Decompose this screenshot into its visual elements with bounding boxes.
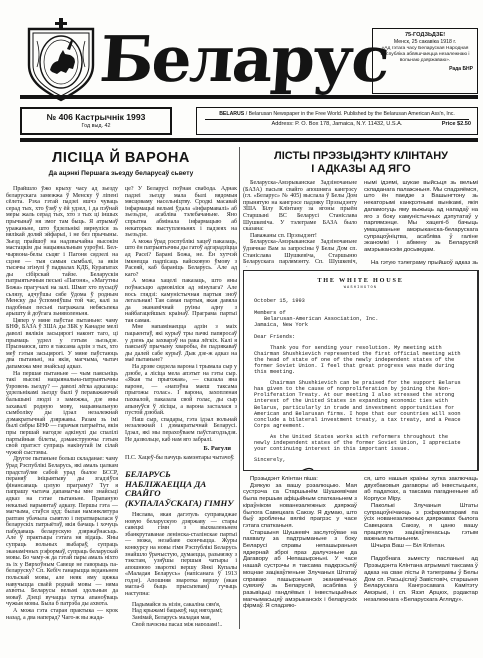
paragraph xyxy=(364,550,478,557)
left-article-headline: ЛІСІЦА Й ВАРОНА xyxy=(5,150,237,166)
pahonia-coat-of-arms-icon xyxy=(21,17,101,103)
paragraph: На дрэве сядзела варона і трымала сыр у … xyxy=(125,364,237,417)
address-line: Address: P. O. Box 178, Jamaica, N.Y. 11… xyxy=(197,120,477,129)
paragraph: Беларуска-Амэрыканскае Задзіночаньне ўдз… xyxy=(243,239,357,267)
publisher-line: BELARUS / Belarusan Newspaper in the Fre… xyxy=(197,108,477,118)
translation-column-1: Прэзыдэнт Клінтан піша:Дзякую за вашу рэ… xyxy=(243,476,357,634)
right-article: ЛІСТЫ ПРЭЗЫДЭНТУ КЛІНТАНУ І АДКАЗЫ АД ЯГ… xyxy=(243,150,479,634)
paragraph: Старшыня Шушкевіч заслугоўвае на пахвалу… xyxy=(243,530,357,610)
paragraph: Беларуска-Амэрыканскае Задзіночаньне (БА… xyxy=(243,180,357,233)
paragraph: Паколькі Злучаныя Штаты супрацоўнічаюць … xyxy=(364,503,478,543)
publisher-text: / Belarusan Newspaper in the Free World.… xyxy=(244,111,455,117)
stanza-line: Свой пачэсны пасад між народамі!.. xyxy=(132,622,237,626)
infobar-rule xyxy=(20,138,478,142)
paragraph: Падобнага зьместу пасланьні ад Прэзыдэнт… xyxy=(364,556,478,603)
anniversary-attribution: Рада БНР xyxy=(377,66,473,72)
right-article-headline-line2: І АДКАЗЫ АД ЯГО xyxy=(243,163,479,176)
issue-year: Год выд. 42 xyxy=(22,122,170,130)
left-article-column-2-text: це? У Беларусі поўная свабода. Аднак пад… xyxy=(125,186,237,443)
letterhead-city: WASHINGTON xyxy=(254,285,467,291)
hymn-article-headline: БЕЛАРУСЬ НАБЛІЖАЕЦЦА ДА СВАЙГО (КУПАЛАЎС… xyxy=(125,470,237,509)
paragraph: ся, што нашыя краіны хутка заключаць дву… xyxy=(364,476,478,503)
intro-column-1: Беларуска-Амэрыканскае Задзіночаньне (БА… xyxy=(243,180,357,267)
paragraph: Другое пытаньне больш складанае: чаму ўр… xyxy=(6,456,118,608)
paragraph: це? У Беларусі поўная свабода. Аднак пад… xyxy=(125,186,237,239)
paragraph: На першае пытаньне — чым паясьніць такі … xyxy=(6,371,118,457)
paragraph: А можа хацелі паказаць, што яны поўнасьц… xyxy=(125,278,237,324)
author-signature: Б. Рагуля xyxy=(125,445,231,453)
left-article-column-1: Прайшло ўжо крыху часу ад зьезду беларус… xyxy=(6,186,118,626)
paragraph: На гэтую тэлеграму прыйшоў адказ зь Бела… xyxy=(364,260,478,267)
paragraph: Chairman Shushkievich can be praised for… xyxy=(254,380,467,429)
letter-body: Thank you for sending your resolution. M… xyxy=(254,345,467,453)
paragraph: Thank you for sending your resolution. M… xyxy=(254,345,467,375)
anniversary-quote: «Ад гэтага часу Беларуская Народная Рэсп… xyxy=(377,46,473,65)
letter-recipient: Members ofBelarusan-American Association… xyxy=(254,310,467,328)
paragraph: Прэзыдэнт Клінтан піша: xyxy=(243,476,357,483)
paragraph: Прайшло ўжо крыху часу ад зьезду беларус… xyxy=(6,186,118,318)
issue-box: № 406 Кастрычнік 1993 Год выд. 42 xyxy=(20,107,172,135)
letter-salutation: Dear Friends: xyxy=(254,334,467,340)
paragraph: Дзякую за вашу рэзалюцыю. Мая сустрэча с… xyxy=(243,483,357,530)
left-article-subhead: Да ацэнкі Першага зьезду беларусаў сьвет… xyxy=(5,170,237,178)
white-house-letter: THE WHITE HOUSE WASHINGTON October 15, 1… xyxy=(243,270,479,471)
paragraph: Шчыра Ваш — Біл Клінтан. xyxy=(364,543,478,550)
postscript: П.С. Хацеў-бы пачуць камэнтары чытачоў. xyxy=(125,455,237,462)
column-divider xyxy=(239,147,240,629)
anniversary-date: Менск, 25 сакавіка 1918 г. xyxy=(377,39,473,46)
right-article-intro: Беларуска-Амэрыканскае Задзіночаньне (БА… xyxy=(243,180,479,267)
paragraph: А можа ўрад рэспублікі хацеў паказаць, ш… xyxy=(125,239,237,279)
translation-column-2: ся, што нашыя краіны хутка заключаць дву… xyxy=(364,476,478,634)
hymn-article-text: Няслава, якая дагэтуль суправаджае новую… xyxy=(125,512,237,598)
price-label: Price $2.50 xyxy=(442,120,471,129)
letter-closing: Sincerely, xyxy=(254,457,467,463)
recipient-line: Jamaica, New York xyxy=(254,322,467,328)
paragraph: Паважаны сп. Прэзыдэнт! xyxy=(243,233,357,240)
left-article-header: ЛІСІЦА Й ВАРОНА Да ацэнкі Першага зьезду… xyxy=(5,150,237,178)
paragraph: Наш сыр, спадары, гэта ідэал вольнай нез… xyxy=(125,417,237,443)
anniversary-heading: 75-ГОДЗЬДЗЕ! xyxy=(377,32,473,39)
hymn-stanza: Падымайся зь нізін, сакаліна сям'я,Над к… xyxy=(132,602,237,626)
left-article-column-2: це? У Беларусі поўная свабода. Аднак пад… xyxy=(125,186,237,626)
paragraph: Няслава, якая дагэтуль суправаджае новую… xyxy=(125,512,237,598)
paragraph: нымі ідэямі, шукае выйсьця зь вельмі скл… xyxy=(364,180,478,254)
paragraph: Мне напамінаецца адзін з маіх пацыентаў,… xyxy=(125,324,237,364)
paragraph: А можа гэта старая практыка — крок назад… xyxy=(6,608,118,621)
paragraph: Цяпер у мяне паўстае пытаньне: чаму БНФ,… xyxy=(6,318,118,371)
address-text: Address: P. O. Box 178, Jamaica, N.Y. 11… xyxy=(272,121,403,127)
paragraph: As the United States works with reformer… xyxy=(254,434,467,452)
anniversary-box: 75-ГОДЗЬДЗЕ! Менск, 25 сакавіка 1918 г. … xyxy=(372,28,478,94)
newspaper-title: Беларус xyxy=(97,22,372,96)
issue-number: № 406 Кастрычнік 1993 xyxy=(22,113,170,122)
clinton-signature-icon xyxy=(256,465,386,471)
paper-name: BELARUS xyxy=(219,111,244,117)
right-article-headline-line1: ЛІСТЫ ПРЭЗЫДЭНТУ КЛІНТАНУ xyxy=(243,150,479,163)
letter-translation: Прэзыдэнт Клінтан піша:Дзякую за вашу рэ… xyxy=(243,476,479,634)
letter-date: October 15, 1993 xyxy=(254,298,467,304)
publisher-box: BELARUS / Belarusan Newspaper in the Fre… xyxy=(196,107,478,135)
masthead-rule xyxy=(20,95,478,99)
intro-column-2: нымі ідэямі, шукае выйсьця зь вельмі скл… xyxy=(364,180,478,267)
letterhead: THE WHITE HOUSE xyxy=(254,278,467,284)
newspaper-front-page: Беларус 75-ГОДЗЬДЗЕ! Менск, 25 сакавіка … xyxy=(0,0,483,658)
